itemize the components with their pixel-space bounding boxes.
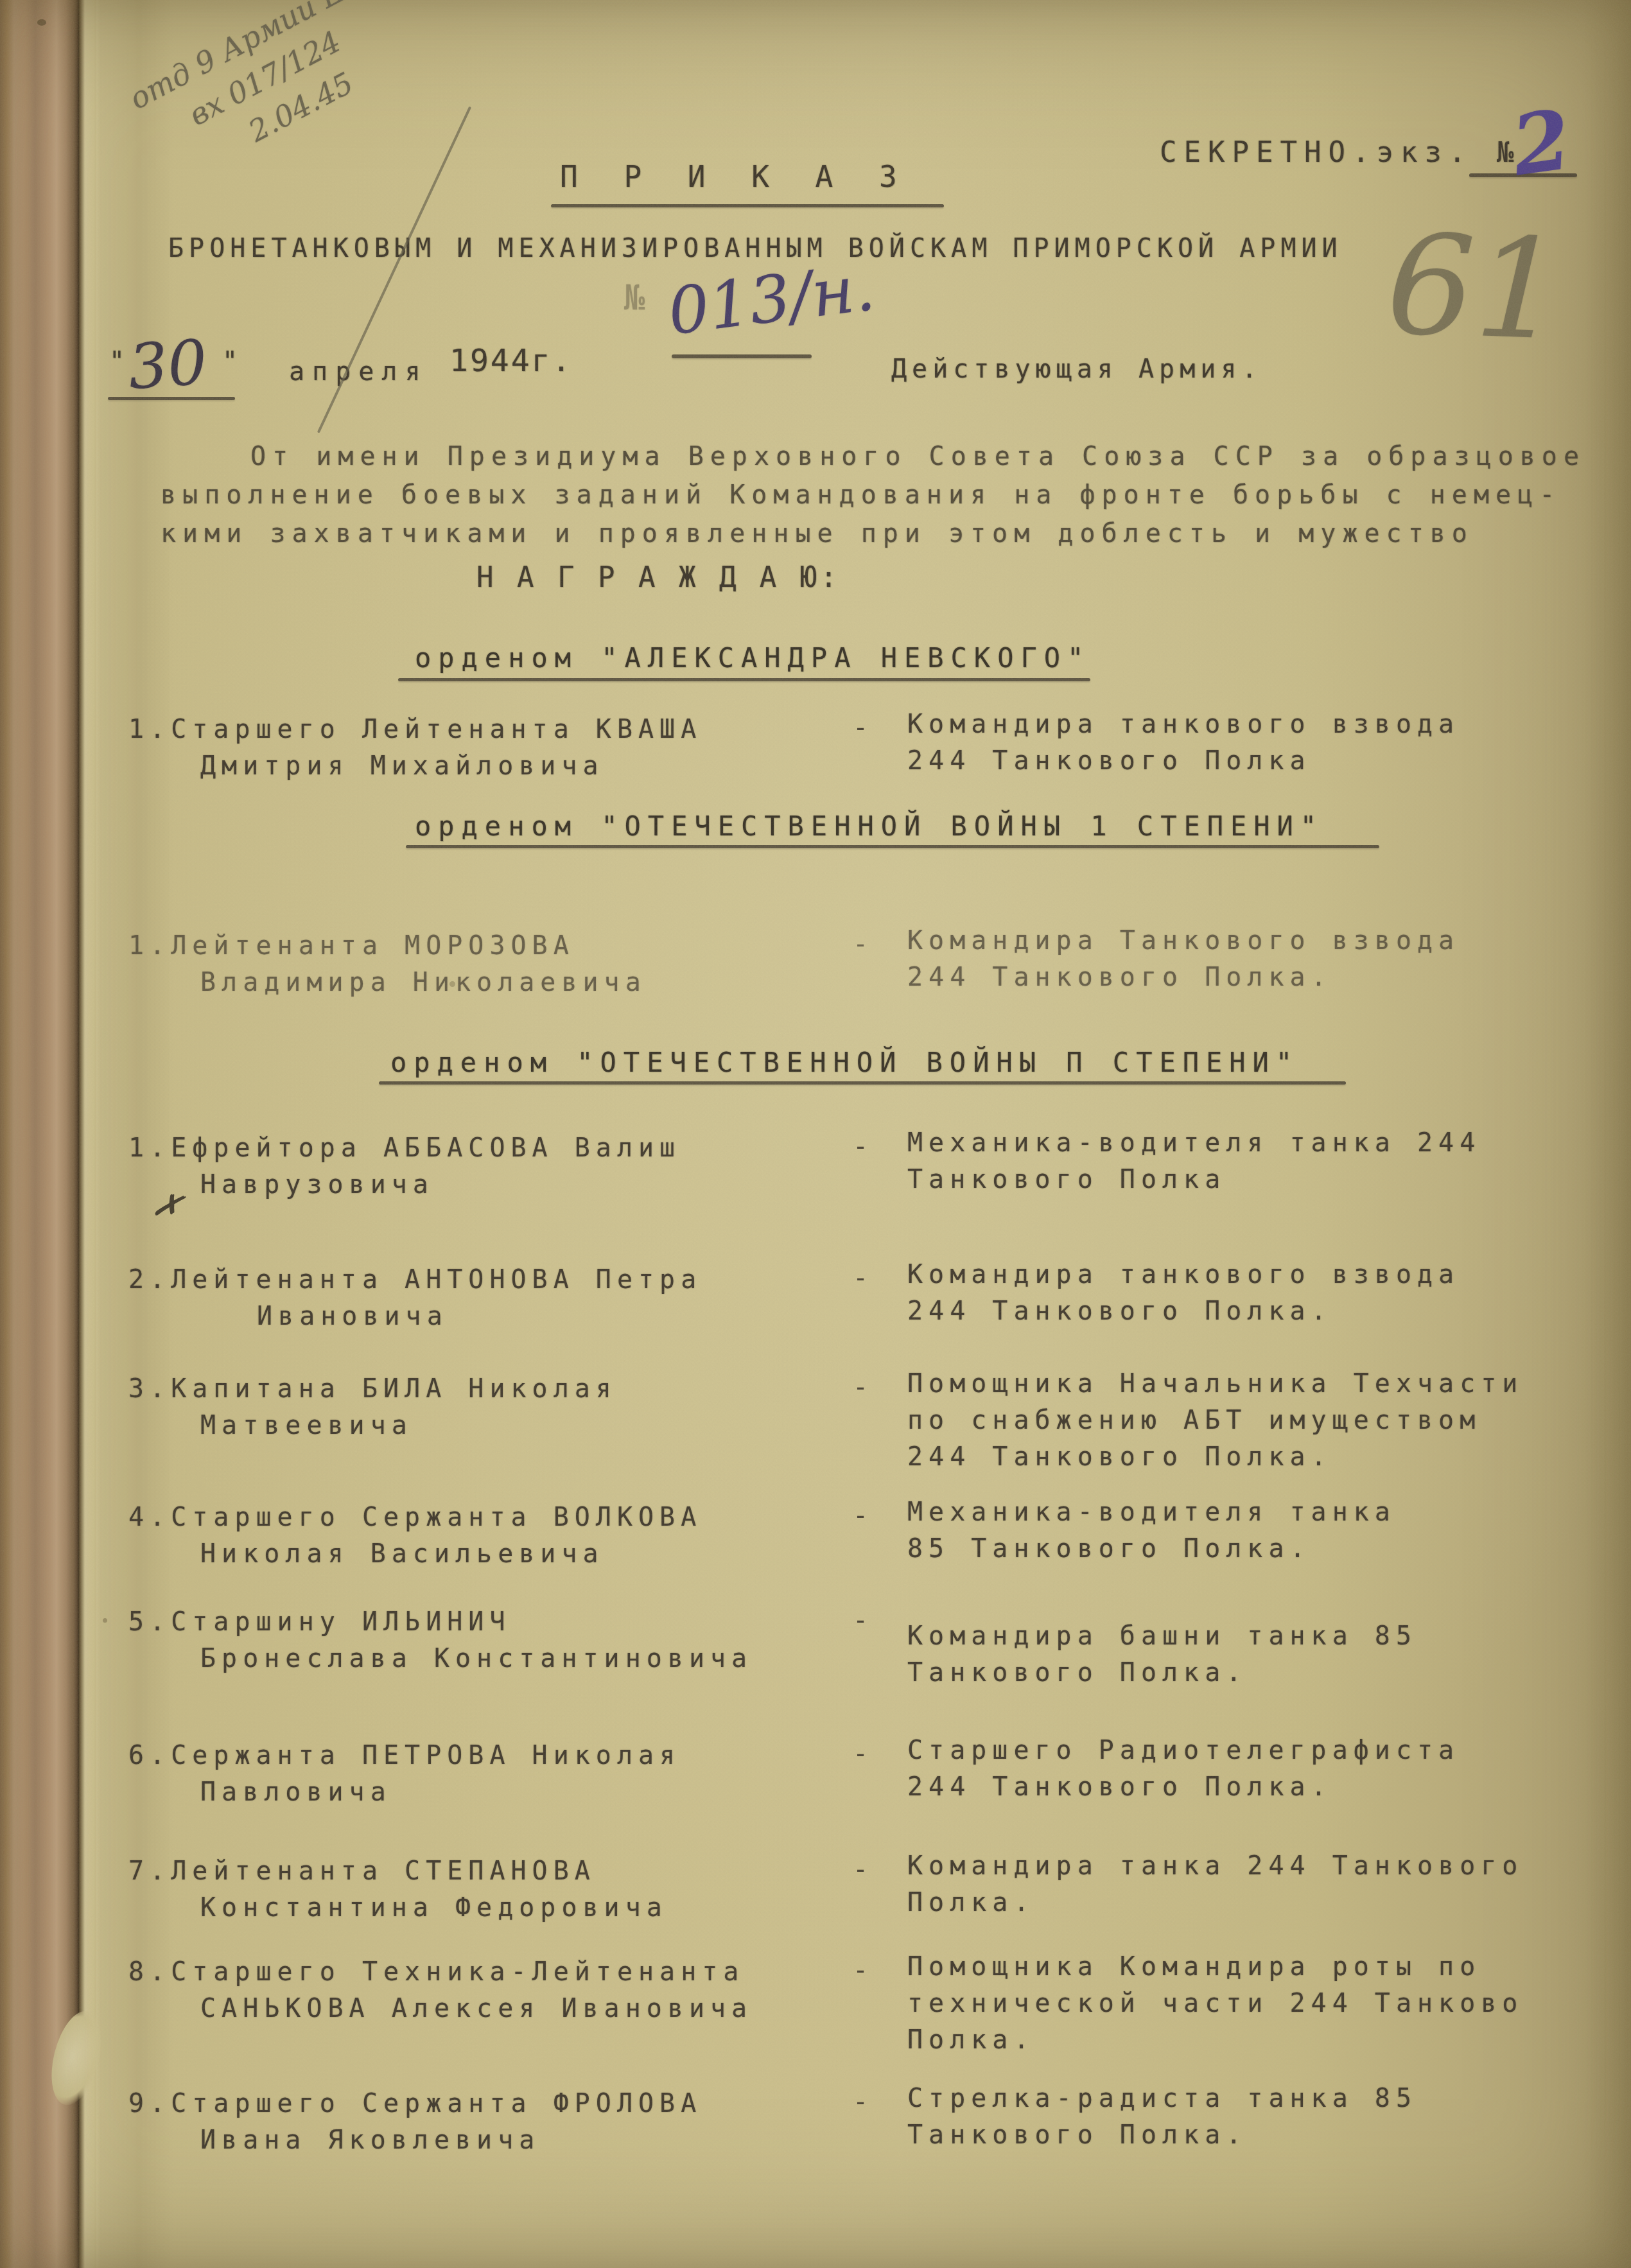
entry-number: 9. — [128, 2089, 171, 2118]
position-line: технической части 244 Танково — [907, 1985, 1523, 2022]
entry-number: 3. — [128, 1374, 171, 1404]
classification-label: СЕКРЕТНО.экз. № — [1160, 136, 1521, 169]
army-label: Действующая Армия. — [891, 354, 1262, 384]
document-subtitle: БРОНЕТАНКОВЫМ И МЕХАНИЗИРОВАННЫМ ВОЙСКАМ… — [168, 234, 1343, 263]
handwritten-day: 30 — [126, 326, 209, 403]
position-line: Танкового Полка — [907, 1162, 1481, 1198]
position-line: Командира Танкового взвода — [907, 923, 1460, 959]
awardee-position: Командира танкового взвода 244 Танкового… — [907, 1257, 1460, 1330]
entry-dash: - — [853, 1953, 868, 1989]
scanned-order-document: отд 9 Армии ШС вх 017/124 2.04.45 СЕКРЕТ… — [0, 0, 1631, 2268]
entry-number: 1. — [128, 1133, 171, 1163]
section-heading-nevsky: орденом "АЛЕКСАНДРА НЕВСКОГО" — [415, 642, 1090, 674]
entry-dash: - — [853, 1260, 868, 1297]
awardee-name: Сержанта ПЕТРОВА Николая — [171, 1741, 681, 1770]
order-number-sign: № — [624, 277, 651, 318]
preamble-line: От имени Президиума Верховного Совета Со… — [250, 442, 1585, 471]
entry-dash: - — [853, 1498, 868, 1535]
position-line: по снабжению АБТ имуществом — [907, 1402, 1523, 1439]
awardee-position: Помощника Командира роты по технической … — [907, 1949, 1523, 2059]
award-entry-row: 1.Ефрейтора АББАСОВА Валиш Наврузовича -… — [128, 1130, 1592, 1203]
entry-number: 6. — [128, 1741, 171, 1770]
awardee-name: Лейтенанта СТЕПАНОВА — [171, 1856, 596, 1886]
position-line: Помощника Командира роты по — [907, 1949, 1523, 1985]
section-heading-underline — [379, 1081, 1346, 1085]
entry-dash: - — [853, 2084, 868, 2121]
awardee-position: Помощника Начальника Техчасти по снабжен… — [907, 1366, 1523, 1476]
entry-number: 1. — [128, 931, 171, 961]
entry-number: 5. — [128, 1607, 171, 1637]
document-title: П Р И К А З — [560, 159, 911, 194]
section-heading-patriotic-war-1: орденом "ОТЕЧЕСТВЕННОЙ ВОЙНЫ 1 СТЕПЕНИ" — [415, 810, 1323, 842]
awardee-name: Старшего Лейтенанта КВАША — [171, 715, 702, 744]
award-entry-row: 6.Сержанта ПЕТРОВА Николая Павловича - С… — [128, 1738, 1592, 1811]
entry-dash: - — [853, 1736, 868, 1773]
date-year: 1944г. — [449, 343, 572, 379]
paper-speck — [103, 1618, 107, 1623]
entry-dash: - — [853, 927, 868, 963]
section-heading-underline — [398, 678, 1090, 681]
position-line: Помощника Начальника Техчасти — [907, 1366, 1523, 1402]
paper-speck — [37, 19, 46, 26]
position-line: Стрелка-радиста танка 85 — [907, 2080, 1417, 2117]
position-line: Полка. — [907, 1885, 1523, 1921]
entry-number: 8. — [128, 1957, 171, 1987]
award-entry-row: 3.Капитана БИЛА Николая Матвеевича - Пом… — [128, 1371, 1592, 1444]
awardee-position: Старшего Радиотелеграфиста 244 Танкового… — [907, 1732, 1460, 1806]
position-line: Механика-водителя танка — [907, 1494, 1396, 1531]
copy-number: 2 — [1506, 92, 1576, 195]
awardee-position: Механика-водителя танка 244 Танкового По… — [907, 1125, 1481, 1198]
entry-number: 4. — [128, 1503, 171, 1532]
awardee-name: Старшину ИЛЬИНИЧ — [171, 1607, 510, 1637]
position-line: 244 Танкового Полка. — [907, 959, 1460, 996]
position-line: 85 Танкового Полка. — [907, 1531, 1396, 1567]
award-entry-row: 9.Старшего Сержанта ФРОЛОВА Ивана Яковле… — [128, 2086, 1592, 2159]
position-line: Старшего Радиотелеграфиста — [907, 1732, 1460, 1769]
binding-strip — [0, 0, 78, 2268]
entry-dash: - — [853, 1852, 868, 1889]
awardee-name: Капитана БИЛА Николая — [171, 1374, 617, 1404]
awardee-position: Командира Танкового взвода 244 Танкового… — [907, 923, 1460, 996]
awardee-position: Командира башни танка 85 Танкового Полка… — [907, 1618, 1417, 1691]
position-line: Командира танкового взвода — [907, 1257, 1460, 1293]
preamble-line: выполнение боевых заданий Командования н… — [161, 480, 1561, 510]
position-line: Командира танкового взвода — [907, 706, 1460, 743]
award-word: Н А Г Р А Ж Д А Ю: — [476, 561, 841, 594]
award-entry-row: 1.Старшего Лейтенанта КВАША Дмитрия Миха… — [128, 711, 1592, 785]
entry-number: 1. — [128, 715, 171, 744]
position-line: Механика-водителя танка 244 — [907, 1125, 1481, 1162]
position-line: 244 Танкового Полка — [907, 743, 1460, 780]
award-entry-row: 4.Старшего Сержанта ВОЛКОВА Николая Васи… — [128, 1499, 1592, 1573]
order-number: 013/н. — [664, 250, 878, 349]
position-line: 244 Танкового Полка. — [907, 1439, 1523, 1476]
awardee-position: Командира танка 244 Танкового Полка. — [907, 1848, 1523, 1921]
paper-edge — [78, 0, 100, 2268]
awardee-name: Лейтенанта МОРОЗОВА — [171, 931, 575, 961]
title-underline — [551, 204, 944, 207]
day-close-quote: " — [222, 347, 243, 376]
entry-number: 7. — [128, 1856, 171, 1886]
awardee-position: Механика-водителя танка 85 Танкового Пол… — [907, 1494, 1396, 1567]
section-heading-patriotic-war-2: орденом "ОТЕЧЕСТВЕННОЙ ВОЙНЫ П СТЕПЕНИ" — [390, 1047, 1299, 1078]
award-entry-row: 5.Старшину ИЛЬИНИЧ Бронеслава Константин… — [128, 1604, 1592, 1677]
position-line: Полка. — [907, 2022, 1523, 2059]
awardee-name: Старшего Сержанта ВОЛКОВА — [171, 1503, 702, 1532]
awardee-name: Ефрейтора АББАСОВА Валиш — [171, 1133, 681, 1163]
entry-number: 2. — [128, 1265, 171, 1295]
section-heading-underline — [406, 845, 1379, 848]
position-line: Командира башни танка 85 — [907, 1618, 1417, 1655]
awardee-position: Командира танкового взвода 244 Танкового… — [907, 706, 1460, 780]
position-line: Танкового Полка. — [907, 1655, 1417, 1691]
entry-dash: - — [853, 710, 868, 747]
awardee-position: Стрелка-радиста танка 85 Танкового Полка… — [907, 2080, 1417, 2154]
awardee-name: Лейтенанта АНТОНОВА Петра — [171, 1265, 702, 1295]
entry-dash: - — [853, 1129, 868, 1165]
pencil-registration-note: отд 9 Армии ШС вх 017/124 2.04.45 — [122, 0, 421, 195]
award-entry-row: 7.Лейтенанта СТЕПАНОВА Константина Федор… — [128, 1853, 1592, 1926]
award-entry-row: 2.Лейтенанта АНТОНОВА Петра Ивановича - … — [128, 1262, 1592, 1335]
position-line: Танкового Полка. — [907, 2117, 1417, 2154]
award-entry-row: 8.Старшего Техника-Лейтенанта САНЬКОВА А… — [128, 1954, 1592, 2027]
entry-dash: - — [853, 1370, 868, 1406]
awardee-name: Старшего Техника-Лейтенанта — [171, 1957, 744, 1987]
position-line: 244 Танкового Полка. — [907, 1769, 1460, 1806]
position-line: 244 Танкового Полка. — [907, 1293, 1460, 1330]
preamble-line: кими захватчиками и проявленные при этом… — [161, 519, 1474, 548]
award-entry-row: 1.Лейтенанта МОРОЗОВА Владимира Николаев… — [128, 928, 1592, 1001]
page-number: 61 — [1384, 204, 1566, 371]
position-line: Командира танка 244 Танкового — [907, 1848, 1523, 1885]
order-number-underline — [672, 354, 812, 358]
date-month: апреля — [289, 357, 428, 387]
entry-dash: - — [853, 1603, 868, 1639]
awardee-name: Старшего Сержанта ФРОЛОВА — [171, 2089, 702, 2118]
